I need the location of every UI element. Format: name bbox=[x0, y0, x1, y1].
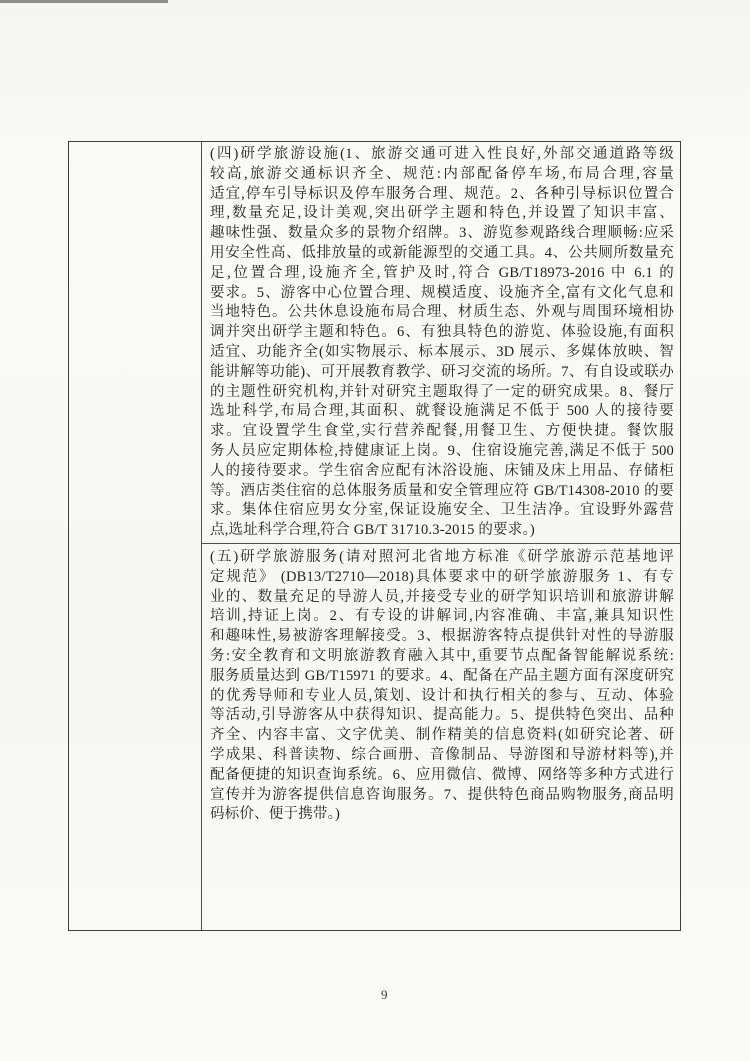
evaluation-criteria-table: (四)研学旅游设施(1、旅游交通可进入性良好,外部交通道路等级较高,旅游交通标识… bbox=[68, 141, 681, 931]
text-line: 等活动,引导游客从中获得知识、提高能力。5、提供特色突出、品种 bbox=[210, 706, 674, 726]
text-line: 求。宜设置学生食堂,实行营养配餐,用餐卫生、方便快捷。餐饮服 bbox=[210, 422, 674, 442]
text-line: 理,数量充足,设计美观,突出研学主题和特色,并设置了知识丰富、 bbox=[210, 204, 674, 224]
text-line: 和趣味性,易被游客理解接受。3、根据游客特点提供针对性的导游服 bbox=[210, 627, 674, 647]
text-line: 点,选址科学合理,符合 GB/T 31710.3-2015 的要求。) bbox=[210, 521, 674, 541]
text-line: 选址科学,布局合理,其面积、就餐设施满足不低于 500 人的接待要 bbox=[210, 402, 674, 422]
text-line: 足,位置合理,设施齐全,管护及时,符合 GB/T18973-2016 中 6.1… bbox=[210, 264, 674, 284]
text-line: 适宜、功能齐全(如实物展示、标本展示、3D 展示、多媒体放映、智 bbox=[210, 343, 674, 363]
scan-artifact-top bbox=[0, 0, 168, 3]
text-line: 码标价、便于携带。) bbox=[210, 805, 674, 825]
text-line: 的主题性研究机构,并针对研究主题取得了一定的研究成果。8、餐厅 bbox=[210, 383, 674, 403]
text-line: 调并突出研学主题和特色。6、有独具特色的游览、体验设施,有面积 bbox=[210, 323, 674, 343]
cell-section-5-services: (五)研学旅游服务(请对照河北省地方标准《研学旅游示范基地评定规范》 (DB13… bbox=[202, 544, 680, 930]
cell-section-4-facilities: (四)研学旅游设施(1、旅游交通可进入性良好,外部交通道路等级较高,旅游交通标识… bbox=[202, 142, 680, 544]
text-line: 业的、数量充足的导游人员,并接受专业的研学知识培训和旅游讲解 bbox=[210, 588, 674, 608]
text-line: 当地特色。公共休息设施布局合理、材质生态、外观与周围环境相协 bbox=[210, 303, 674, 323]
text-line: (四)研学旅游设施(1、旅游交通可进入性良好,外部交通道路等级 bbox=[210, 145, 674, 165]
text-line: 齐全、内容丰富、文字优美、制作精美的信息资料(如研究论著、研 bbox=[210, 726, 674, 746]
document-page: (四)研学旅游设施(1、旅游交通可进入性良好,外部交通道路等级较高,旅游交通标识… bbox=[0, 0, 750, 1061]
text-line: 的优秀导师和专业人员,策划、设计和执行相关的参与、互动、体验 bbox=[210, 687, 674, 707]
text-line: 务:安全教育和文明旅游教育融入其中,重要节点配备智能解说系统: bbox=[210, 647, 674, 667]
text-line: 用安全性高、低排放量的或新能源型的交通工具。4、公共厕所数量充 bbox=[210, 244, 674, 264]
text-line: 趣味性强、数量众多的景物介绍牌。3、游览参观路线合理顺畅:应采 bbox=[210, 224, 674, 244]
text-line: 要求。5、游客中心位置合理、规模适度、设施齐全,富有文化气息和 bbox=[210, 284, 674, 304]
table-right-column: (四)研学旅游设施(1、旅游交通可进入性良好,外部交通道路等级较高,旅游交通标识… bbox=[202, 142, 680, 930]
text-line: 较高,旅游交通标识齐全、规范:内部配备停车场,布局合理,容量 bbox=[210, 165, 674, 185]
text-line: 能讲解等功能)、可开展教育教学、研习交流的场所。7、有自设或联办 bbox=[210, 363, 674, 383]
text-line: 务人员应定期体检,持健康证上岗。9、住宿设施完善,满足不低于 500 bbox=[210, 442, 674, 462]
text-line: 配备便捷的知识查询系统。6、应用微信、微博、网络等多种方式进行 bbox=[210, 766, 674, 786]
table-left-cell bbox=[69, 142, 202, 930]
text-line: 定规范》 (DB13/T2710—2018)具体要求中的研学旅游服务 1、有专 bbox=[210, 568, 674, 588]
page-number: 9 bbox=[381, 987, 388, 1003]
text-line: 培训,持证上岗。2、有专设的讲解词,内容准确、丰富,兼具知识性 bbox=[210, 607, 674, 627]
text-line: 求。集体住宿应男女分室,保证设施安全、卫生洁净。宜设野外露营 bbox=[210, 501, 674, 521]
text-line: 等。酒店类住宿的总体服务质量和安全管理应符 GB/T14308-2010 的要 bbox=[210, 482, 674, 502]
text-line: 人的接待要求。学生宿舍应配有沐浴设施、床铺及床上用品、存储柜 bbox=[210, 462, 674, 482]
text-line: 适宜,停车引导标识及停车服务合理、规范。2、各种引导标识位置合 bbox=[210, 185, 674, 205]
text-line: 服务质量达到 GB/T15971 的要求。4、配备在产品主题方面有深度研究 bbox=[210, 667, 674, 687]
text-line: 宣传并为游客提供信息咨询服务。7、提供特色商品购物服务,商品明 bbox=[210, 786, 674, 806]
text-line: (五)研学旅游服务(请对照河北省地方标准《研学旅游示范基地评 bbox=[210, 548, 674, 568]
text-line: 学成果、科普读物、综合画册、音像制品、导游图和导游材料等),并 bbox=[210, 746, 674, 766]
